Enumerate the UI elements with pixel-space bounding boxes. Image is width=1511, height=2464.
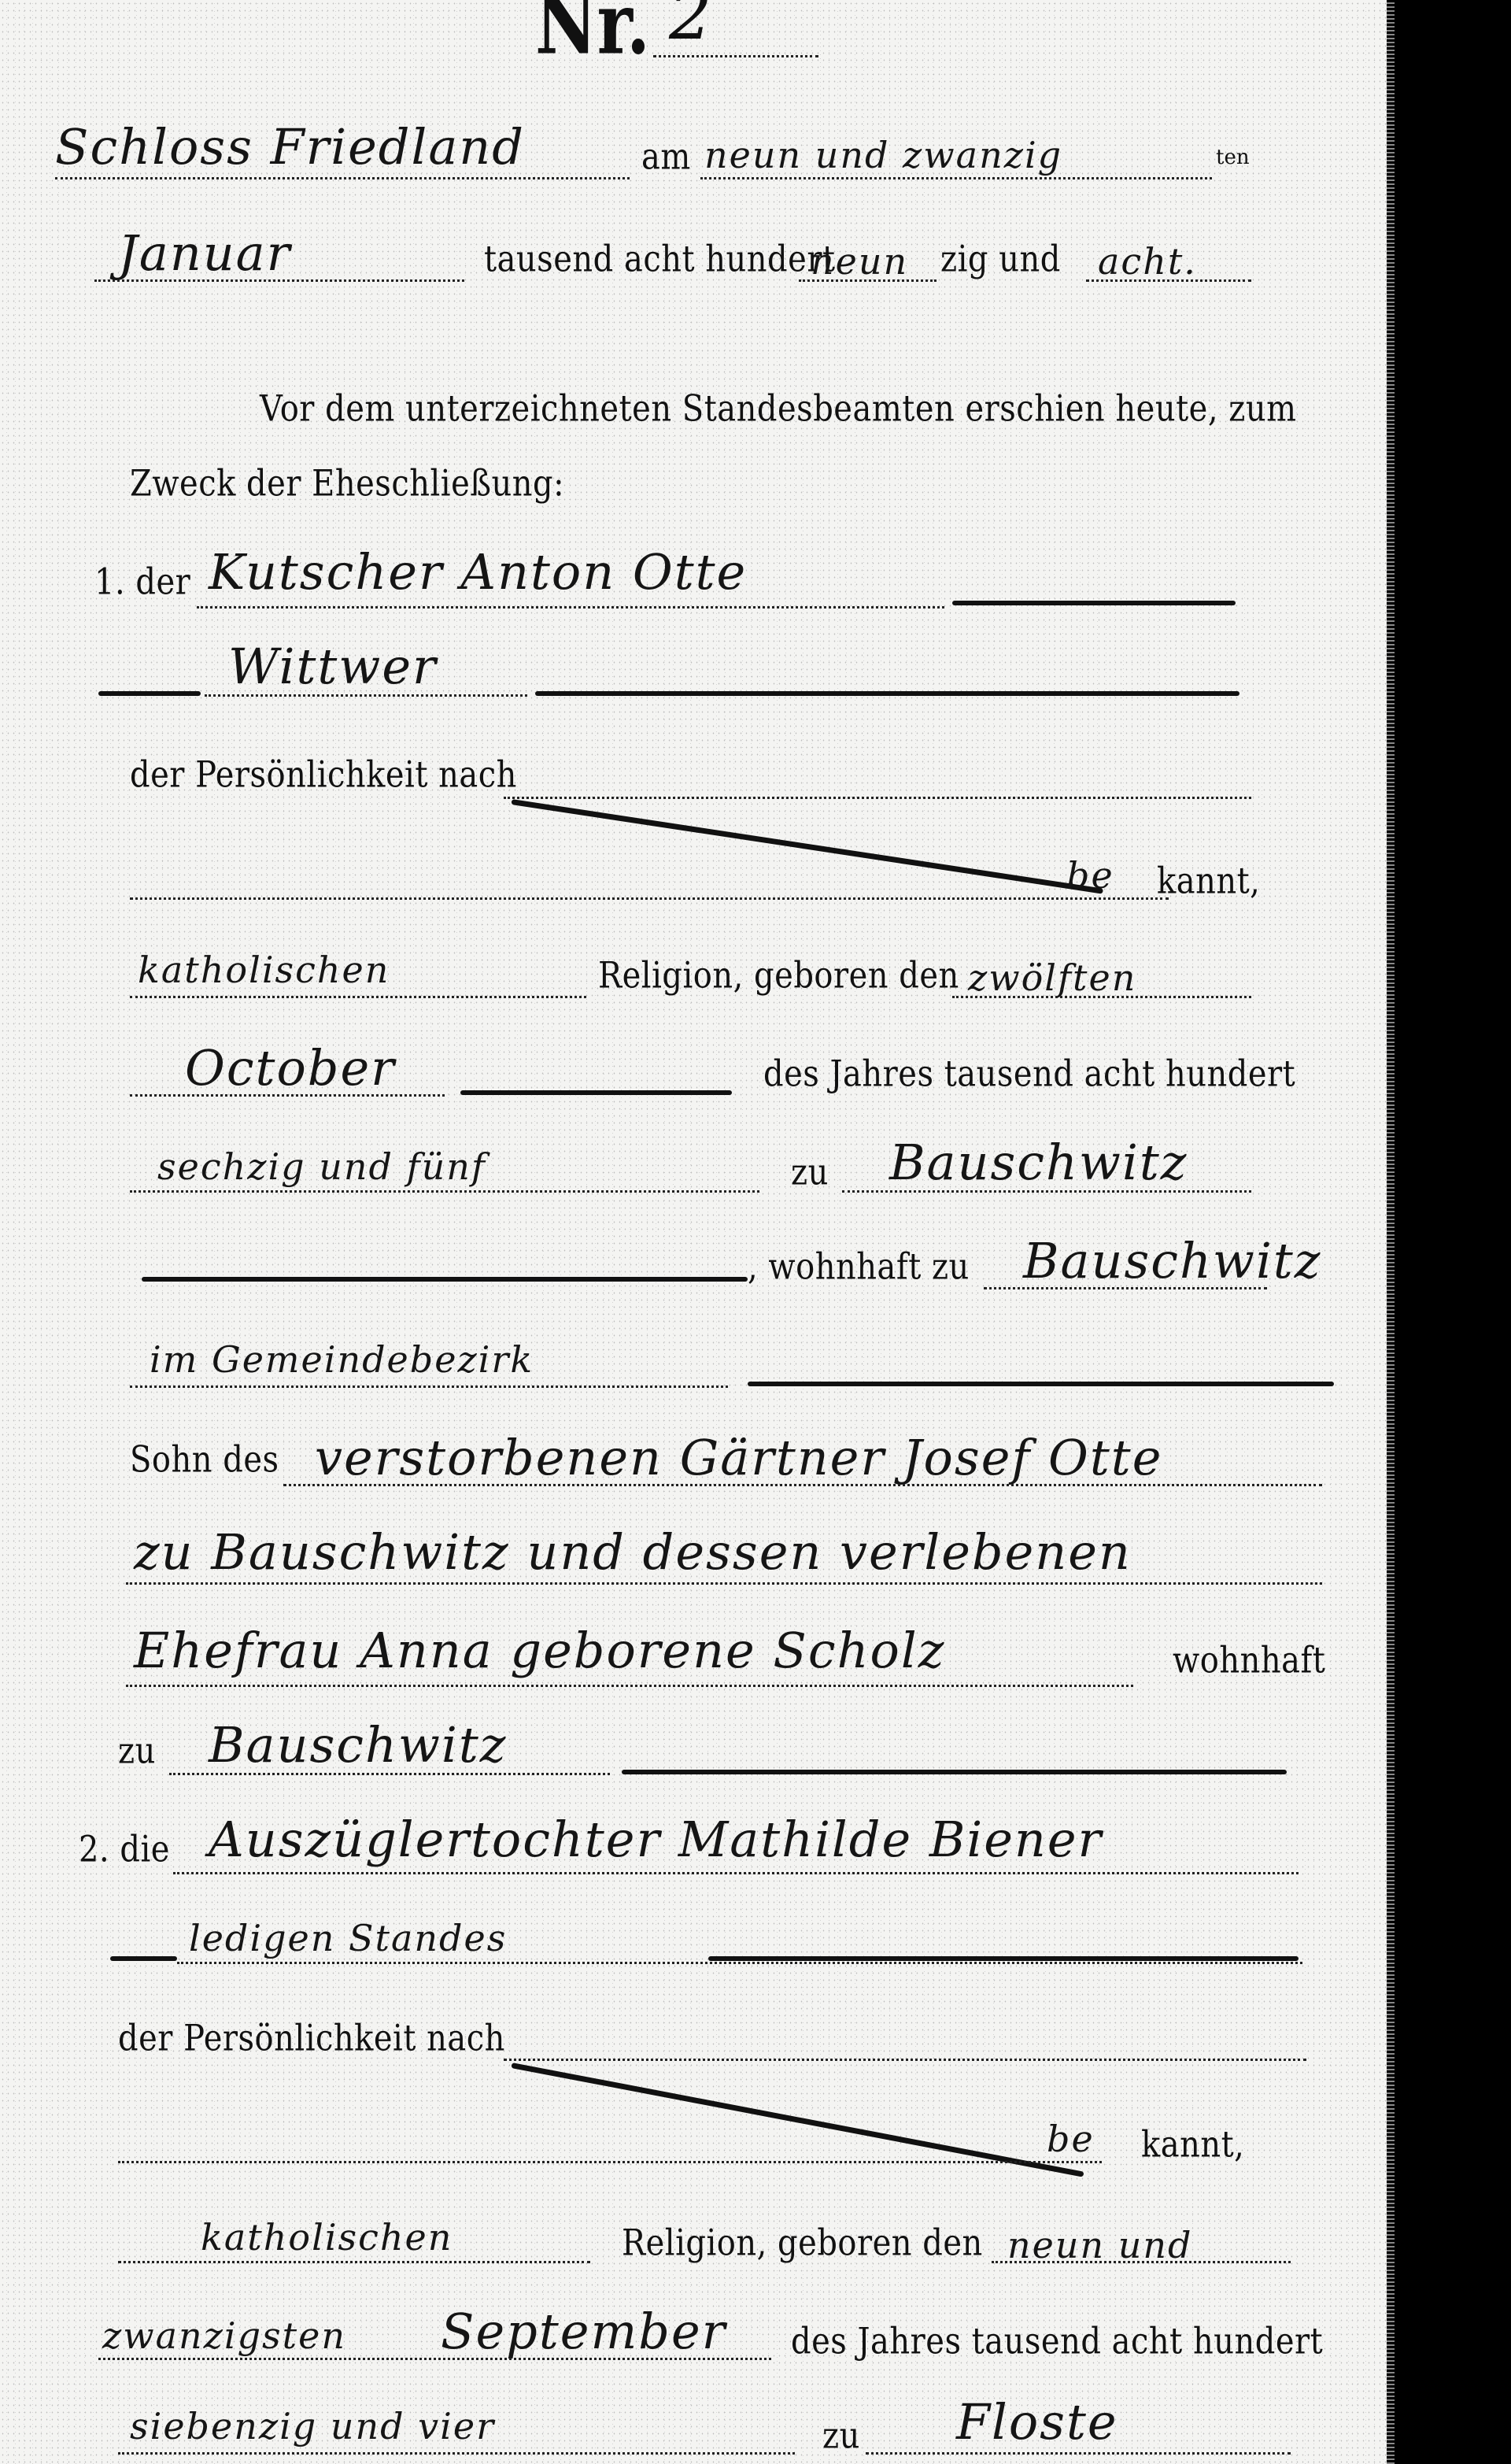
groom-status: Wittwer bbox=[228, 638, 438, 695]
intro-line-1: Vor dem unterzeichneten Standesbeamten e… bbox=[260, 388, 1297, 430]
groom-birth-year: sechzig und fünf bbox=[157, 1145, 486, 1188]
ink-fill-line bbox=[98, 691, 201, 696]
bride-identity-label: der Persönlichkeit nach bbox=[118, 2018, 505, 2059]
dotted-line bbox=[799, 279, 937, 282]
dotted-line bbox=[653, 55, 818, 57]
bride-known-prefix: be bbox=[1047, 2118, 1095, 2160]
entry-number-label: Nr. bbox=[535, 0, 650, 74]
page-edge bbox=[1387, 0, 1395, 2464]
handwritten-year-unit: acht. bbox=[1098, 240, 1197, 283]
groom-mother-residence-label: wohnhaft bbox=[1173, 1640, 1325, 1682]
bride-occupation-name: Auszüglertochter Mathilde Biener bbox=[209, 1811, 1103, 1868]
dotted-line bbox=[130, 1190, 759, 1193]
bride-religion-label: Religion, geboren den bbox=[622, 2222, 983, 2264]
groom-parents-label: Sohn des bbox=[130, 1439, 279, 1481]
dotted-line bbox=[504, 2059, 1306, 2061]
dotted-line bbox=[205, 694, 527, 697]
ink-fill-line bbox=[535, 691, 1239, 696]
groom-mother-zu: zu bbox=[118, 1730, 156, 1772]
dotted-line bbox=[130, 1386, 728, 1388]
dotted-line bbox=[504, 797, 1251, 799]
groom-religion: katholischen bbox=[138, 949, 390, 991]
dotted-line bbox=[197, 606, 944, 609]
dotted-line bbox=[130, 1094, 445, 1097]
bride-birth-year: siebenzig und vier bbox=[130, 2405, 495, 2447]
intro-line-2: Zweck der Eheschließung: bbox=[130, 463, 564, 505]
dotted-line bbox=[118, 2161, 1102, 2163]
bride-birth-place: Floste bbox=[956, 2393, 1118, 2451]
dotted-line bbox=[177, 1962, 1302, 1964]
strike-line bbox=[511, 799, 1103, 894]
bride-birth-day-part1: neun und bbox=[1007, 2224, 1192, 2266]
dotted-line bbox=[700, 177, 1212, 179]
groom-birth-day: zwölften bbox=[968, 956, 1136, 999]
groom-religion-label: Religion, geboren den bbox=[598, 955, 959, 997]
dotted-line bbox=[984, 1287, 1267, 1289]
bride-status: ledigen Standes bbox=[189, 1917, 507, 1959]
groom-residence: Bauschwitz bbox=[1023, 1232, 1321, 1289]
ink-fill-line bbox=[142, 1277, 748, 1282]
groom-mother-residence: Bauschwitz bbox=[209, 1716, 507, 1774]
dotted-line bbox=[952, 996, 1251, 998]
groom-occupation-name: Kutscher Anton Otte bbox=[209, 543, 747, 601]
handwritten-place: Schloss Friedland bbox=[55, 118, 525, 176]
groom-mother: Ehefrau Anna geborene Scholz bbox=[134, 1622, 945, 1679]
dotted-line bbox=[55, 177, 630, 179]
dotted-line bbox=[169, 1773, 610, 1775]
groom-birth-place: Bauschwitz bbox=[889, 1134, 1188, 1191]
groom-parents-line-2: zu Bauschwitz und dessen verlebenen bbox=[134, 1523, 1132, 1581]
dotted-line bbox=[118, 2261, 590, 2263]
handwritten-day: neun und zwanzig bbox=[704, 134, 1062, 176]
bride-label: 2. die bbox=[79, 1829, 170, 1870]
handwritten-decade: neun bbox=[811, 240, 908, 283]
printed-ten: ten bbox=[1216, 146, 1250, 169]
bride-year-label: des Jahres tausend acht hundert bbox=[791, 2321, 1323, 2362]
handwritten-month: Januar bbox=[118, 224, 291, 282]
bride-birth-month: September bbox=[441, 2303, 726, 2360]
register-page: Nr. 2 Schloss Friedland am neun und zwan… bbox=[0, 0, 1391, 2464]
groom-label: 1. der bbox=[94, 561, 190, 603]
entry-number-value: 2 bbox=[669, 0, 712, 55]
ink-fill-line bbox=[460, 1090, 732, 1095]
bride-zu: zu bbox=[822, 2415, 860, 2457]
bride-religion: katholischen bbox=[201, 2216, 453, 2259]
dotted-line bbox=[98, 2358, 771, 2360]
ink-fill-line bbox=[110, 1956, 177, 1961]
dotted-line bbox=[94, 279, 464, 282]
dotted-line bbox=[173, 1872, 1299, 1874]
ink-fill-line bbox=[748, 1382, 1334, 1386]
groom-known-suffix: kannt, bbox=[1157, 860, 1260, 902]
printed-zig-und: zig und bbox=[940, 239, 1061, 280]
ink-fill-line bbox=[708, 1956, 1299, 1961]
dotted-line bbox=[126, 1685, 1133, 1687]
groom-year-label: des Jahres tausend acht hundert bbox=[763, 1053, 1295, 1095]
dotted-line bbox=[130, 897, 1169, 900]
ink-fill-line bbox=[952, 601, 1236, 605]
bride-birth-day-part2: zwanzigsten bbox=[102, 2314, 346, 2357]
groom-father: verstorbenen Gärtner Josef Otte bbox=[315, 1429, 1162, 1486]
groom-residence-detail: im Gemeindebezirk bbox=[150, 1338, 534, 1381]
groom-zu: zu bbox=[791, 1152, 829, 1193]
ink-fill-line bbox=[622, 1770, 1287, 1774]
dotted-line bbox=[118, 2452, 795, 2455]
dotted-line bbox=[126, 1582, 1322, 1585]
strike-line bbox=[511, 2063, 1084, 2177]
groom-residence-label: , wohnhaft zu bbox=[748, 1246, 970, 1288]
dotted-line bbox=[130, 996, 586, 998]
groom-known-prefix: be bbox=[1066, 854, 1114, 897]
printed-am: am bbox=[641, 136, 691, 178]
printed-year: tausend acht hundert bbox=[484, 239, 836, 280]
groom-identity-label: der Persönlichkeit nach bbox=[130, 754, 517, 796]
dotted-line bbox=[1086, 279, 1251, 282]
groom-birth-month: October bbox=[185, 1039, 396, 1097]
dotted-line bbox=[842, 1190, 1251, 1193]
bride-known-suffix: kannt, bbox=[1141, 2124, 1244, 2166]
dotted-line bbox=[866, 2452, 1291, 2455]
dotted-line bbox=[283, 1484, 1322, 1486]
dotted-line bbox=[992, 2261, 1291, 2263]
